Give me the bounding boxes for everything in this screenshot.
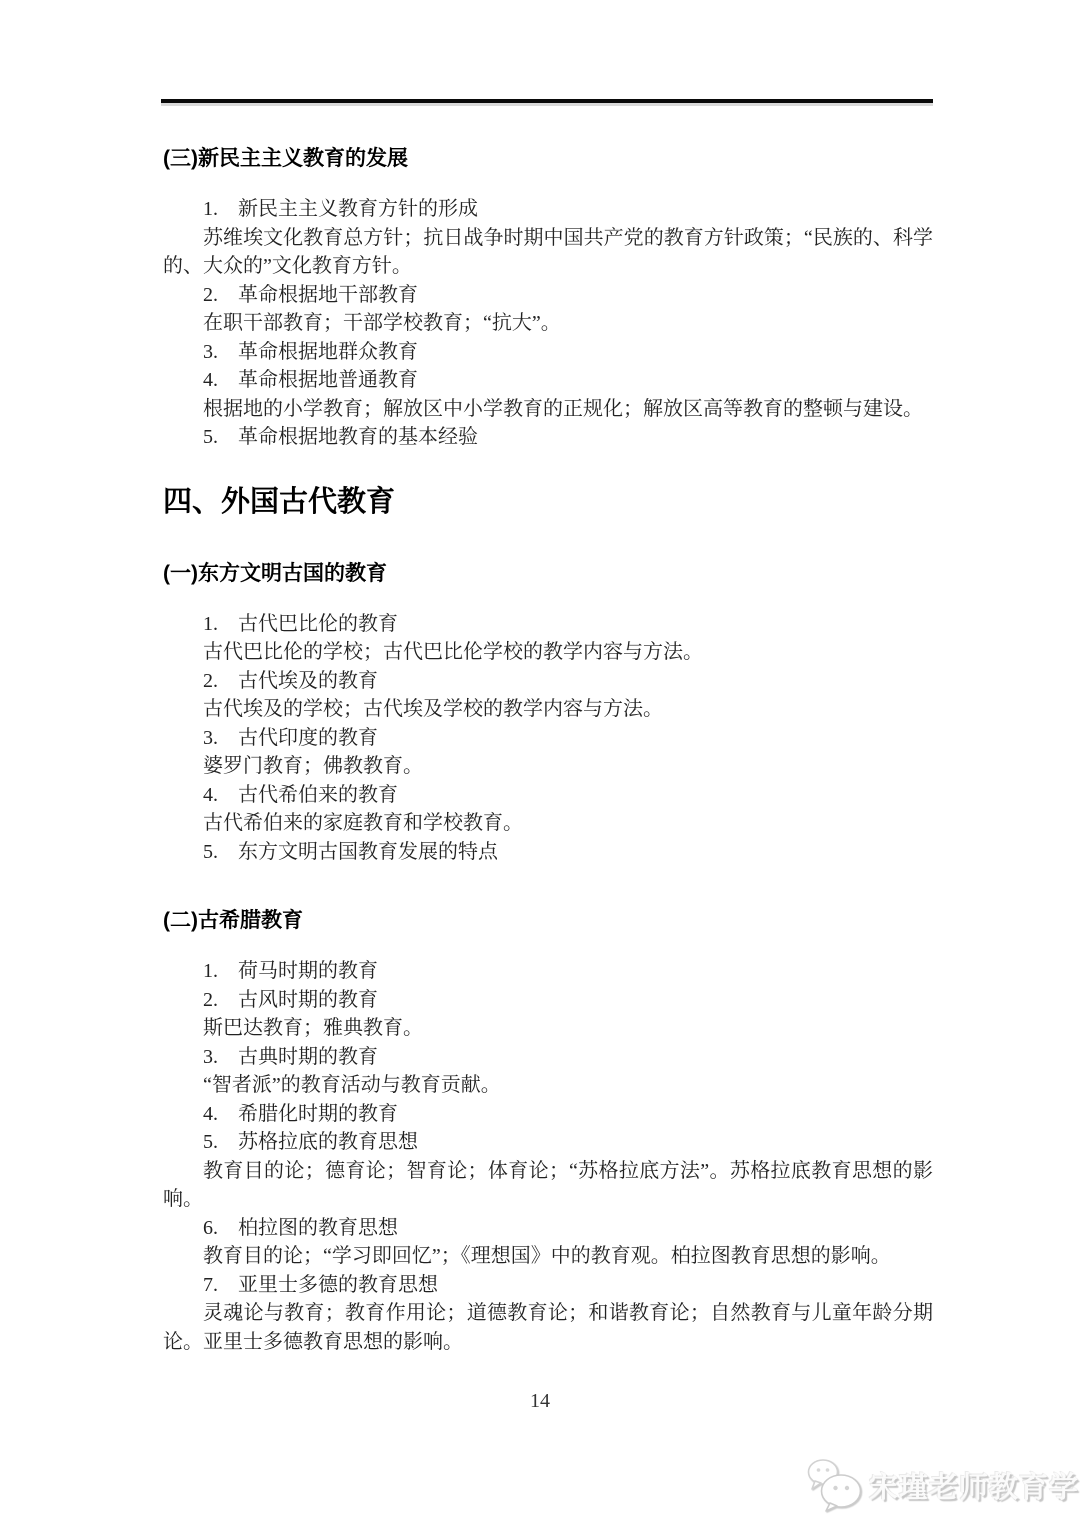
para: 古代埃及的学校；古代埃及学校的教学内容与方法。 [163,695,933,724]
sub-heading: (一)东方文明古国的教育 [163,561,933,587]
para: 在职干部教育；干部学校教育；“抗大”。 [163,309,933,338]
main-heading: 四、外国古代教育 [163,485,933,519]
document-content: (三)新民主主义教育的发展1. 新民主主义教育方针的形成苏维埃文化教育总方针；抗… [163,104,933,1356]
wechat-icon [806,1458,862,1512]
para: 教育目的论；德育论；智育论；体育论；“苏格拉底方法”。苏格拉底教育思想的影响。 [163,1157,933,1214]
para: 婆罗门教育；佛教教育。 [163,752,933,781]
sub-heading: (二)古希腊教育 [163,908,933,934]
para: 灵魂论与教育；教育作用论；道德教育论；和谐教育论；自然教育与儿童年龄分期论。亚里… [163,1299,933,1356]
para: 3. 古代印度的教育 [163,724,933,753]
para: 古代希伯来的家庭教育和学校教育。 [163,809,933,838]
page-number: 14 [0,1390,1080,1413]
para: 5. 东方文明古国教育发展的特点 [163,838,933,867]
watermark: 宋瑾老师教育学 [806,1458,1079,1512]
para: 2. 古代埃及的教育 [163,667,933,696]
para: 5. 苏格拉底的教育思想 [163,1128,933,1157]
watermark-text: 宋瑾老师教育学 [869,1465,1079,1506]
para: 3. 革命根据地群众教育 [163,338,933,367]
para: 古代巴比伦的学校；古代巴比伦学校的教学内容与方法。 [163,638,933,667]
para: 3. 古典时期的教育 [163,1043,933,1072]
document-page: (三)新民主主义教育的发展1. 新民主主义教育方针的形成苏维埃文化教育总方针；抗… [0,0,1080,1527]
para: 4. 古代希伯来的教育 [163,781,933,810]
para: 1. 古代巴比伦的教育 [163,610,933,639]
para: 5. 革命根据地教育的基本经验 [163,423,933,452]
horizontal-rule [161,99,933,103]
para: 1. 新民主主义教育方针的形成 [163,195,933,224]
para: 斯巴达教育；雅典教育。 [163,1014,933,1043]
para: 根据地的小学教育；解放区中小学教育的正规化；解放区高等教育的整顿与建设。 [163,395,933,424]
sub-heading: (三)新民主主义教育的发展 [163,146,933,172]
para: 1. 荷马时期的教育 [163,957,933,986]
para: 2. 古风时期的教育 [163,986,933,1015]
para: 苏维埃文化教育总方针；抗日战争时期中国共产党的教育方针政策；“民族的、科学的、大… [163,224,933,281]
para: 2. 革命根据地干部教育 [163,281,933,310]
para: 7. 亚里士多德的教育思想 [163,1271,933,1300]
para: 4. 革命根据地普通教育 [163,366,933,395]
para: 4. 希腊化时期的教育 [163,1100,933,1129]
para: 教育目的论；“学习即回忆”；《理想国》中的教育观。柏拉图教育思想的影响。 [163,1242,933,1271]
para: 6. 柏拉图的教育思想 [163,1214,933,1243]
para: “智者派”的教育活动与教育贡献。 [163,1071,933,1100]
